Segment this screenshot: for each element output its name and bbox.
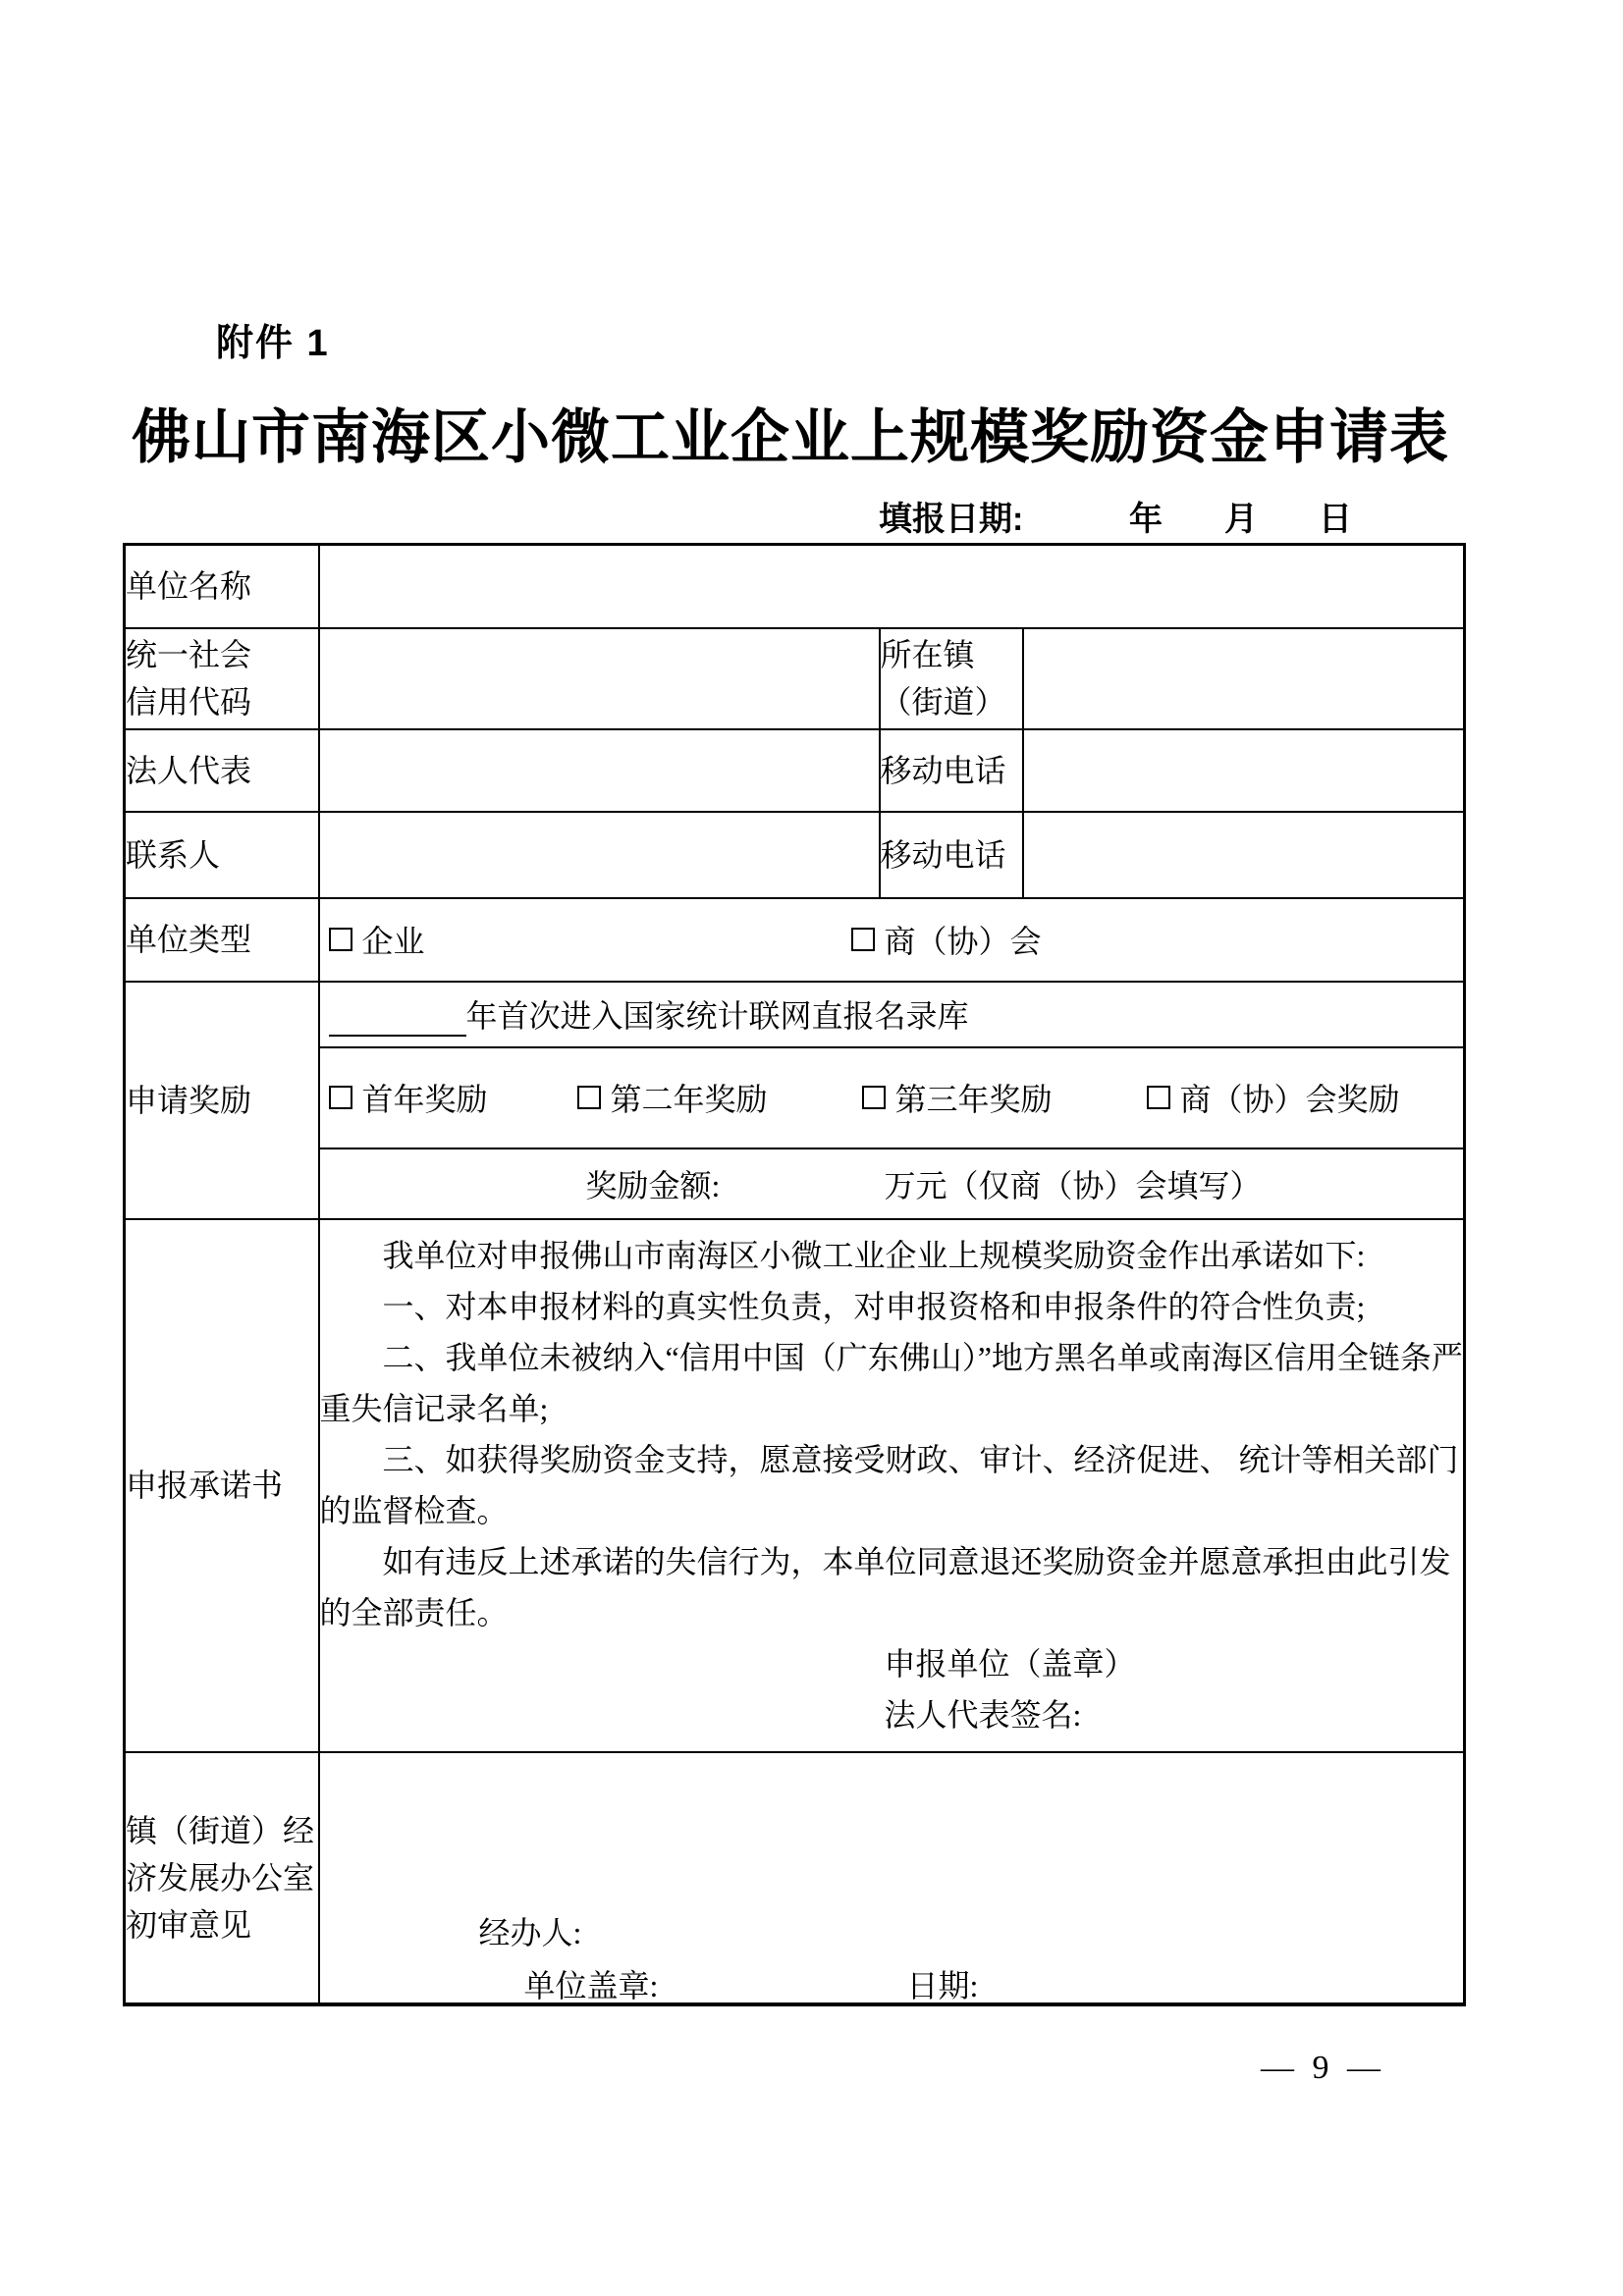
contact-mobile-value-cell[interactable] [1023, 812, 1465, 898]
entry-line-text: 年首次进入国家统计联网直报名录库 [466, 998, 969, 1034]
row-credit-code: 统一社会 信用代码 所在镇 （街道） [125, 628, 1465, 729]
row-contact: 联系人 移动电话 [125, 812, 1465, 898]
review-date-label: 日期: [907, 1961, 979, 2006]
reward-label: 申请奖励 [125, 982, 319, 1219]
enterprise-option-label: 企业 [362, 917, 425, 962]
commitment-text-cell: 我单位对申报佛山市南海区小微工业企业上规模奖励资金作出承诺如下: 一、对本申报材… [319, 1219, 1465, 1752]
sign-unit-seal-label: 申报单位（盖章） [885, 1638, 1464, 1689]
legal-rep-mobile-value-cell[interactable] [1023, 729, 1465, 812]
commitment-closing: 如有违反上述承诺的失信行为，本单位同意退还奖励资金并愿意承担由此引发的全部责任。 [320, 1536, 1464, 1638]
first-year-checkbox[interactable] [329, 1086, 352, 1109]
unit-name-label: 单位名称 [125, 545, 319, 628]
sign-legal-rep-label: 法人代表签名: [885, 1689, 1464, 1740]
row-reward-entry: 申请奖励 年首次进入国家统计联网直报名录库 [125, 982, 1465, 1047]
reward-amount-suffix: 万元（仅商（协）会填写） [885, 1161, 1262, 1206]
reward-option-first-year[interactable]: 首年奖励 [329, 1075, 488, 1120]
row-reward-options: 首年奖励 第二年奖励 第三年奖励 商（协）会奖励 [125, 1047, 1465, 1148]
fill-date-month-unit: 月 [1224, 492, 1258, 540]
legal-rep-label: 法人代表 [125, 729, 319, 812]
reward-entry-line: 年首次进入国家统计联网直报名录库 [329, 991, 969, 1037]
attachment-label: 附件 1 [216, 312, 330, 366]
document-page: 附件 1 佛山市南海区小微工业企业上规模奖励资金申请表 填报日期: 年 月 日 … [0, 0, 1623, 2296]
unit-type-label: 单位类型 [125, 898, 319, 982]
reward-entry-cell: 年首次进入国家统计联网直报名录库 [319, 982, 1465, 1047]
review-opinion-label: 镇（街道）经 济发展办公室 初审意见 [125, 1752, 319, 2004]
row-reward-amount: 奖励金额: 万元（仅商（协）会填写） [125, 1148, 1465, 1219]
unit-type-options-cell: 企业 商（协）会 [319, 898, 1465, 982]
association-checkbox[interactable] [851, 928, 875, 951]
unit-type-option-enterprise[interactable]: 企业 [329, 917, 425, 962]
credit-code-value-cell[interactable] [319, 628, 880, 729]
town-label: 所在镇 （街道） [880, 628, 1023, 729]
credit-code-label: 统一社会 信用代码 [125, 628, 319, 729]
fill-date-label: 填报日期: [879, 492, 1023, 540]
contact-value-cell[interactable] [319, 812, 880, 898]
row-review-opinion: 镇（街道）经 济发展办公室 初审意见 经办人: 单位盖章: 日期: [125, 1752, 1465, 2004]
association-reward-checkbox[interactable] [1147, 1086, 1170, 1109]
reward-option-third-year[interactable]: 第三年奖励 [862, 1075, 1053, 1120]
fill-date-day-unit: 日 [1319, 492, 1352, 540]
commitment-intro: 我单位对申报佛山市南海区小微工业企业上规模奖励资金作出承诺如下: [320, 1230, 1464, 1281]
commitment-item-1: 一、对本申报材料的真实性负责，对申报资格和申报条件的符合性负责; [320, 1281, 1464, 1332]
contact-mobile-label: 移动电话 [880, 812, 1023, 898]
entry-year-blank-field[interactable] [329, 1001, 466, 1037]
row-commitment: 申报承诺书 我单位对申报佛山市南海区小微工业企业上规模奖励资金作出承诺如下: 一… [125, 1219, 1465, 1752]
reward-option-association[interactable]: 商（协）会奖励 [1147, 1075, 1400, 1120]
reward-amount-cell: 奖励金额: 万元（仅商（协）会填写） [319, 1148, 1465, 1219]
association-option-label: 商（协）会 [885, 917, 1042, 962]
third-year-option-label: 第三年奖励 [895, 1075, 1053, 1120]
fill-date-year-unit: 年 [1129, 492, 1163, 540]
page-number: — 9 — [1261, 2050, 1385, 2087]
row-legal-rep: 法人代表 移动电话 [125, 729, 1465, 812]
town-value-cell[interactable] [1023, 628, 1465, 729]
reward-amount-label: 奖励金额: [586, 1161, 721, 1206]
unit-type-option-association[interactable]: 商（协）会 [851, 917, 1042, 962]
contact-label: 联系人 [125, 812, 319, 898]
reward-options-cell: 首年奖励 第二年奖励 第三年奖励 商（协）会奖励 [319, 1047, 1465, 1148]
association-reward-option-label: 商（协）会奖励 [1180, 1075, 1400, 1120]
application-form-table: 单位名称 统一社会 信用代码 所在镇 （街道） 法人代表 移动电话 联系人 移动… [123, 543, 1466, 2006]
second-year-option-label: 第二年奖励 [611, 1075, 768, 1120]
legal-rep-mobile-label: 移动电话 [880, 729, 1023, 812]
review-unit-seal-label: 单位盖章: [524, 1961, 659, 2006]
first-year-option-label: 首年奖励 [362, 1075, 488, 1120]
row-unit-type: 单位类型 企业 商（协）会 [125, 898, 1465, 982]
enterprise-checkbox[interactable] [329, 928, 352, 951]
reward-option-second-year[interactable]: 第二年奖励 [577, 1075, 768, 1120]
review-handler-label: 经办人: [479, 1908, 582, 1953]
page-title: 佛山市南海区小微工业企业上规模奖励资金申请表 [118, 391, 1463, 475]
second-year-checkbox[interactable] [577, 1086, 601, 1109]
review-opinion-cell[interactable]: 经办人: 单位盖章: 日期: [319, 1752, 1465, 2004]
commitment-label: 申报承诺书 [125, 1219, 319, 1752]
row-unit-name: 单位名称 [125, 545, 1465, 628]
third-year-checkbox[interactable] [862, 1086, 886, 1109]
legal-rep-value-cell[interactable] [319, 729, 880, 812]
unit-name-value-cell[interactable] [319, 545, 1465, 628]
commitment-item-3: 三、如获得奖励资金支持，愿意接受财政、审计、经济促进、 统计等相关部门的监督检查… [320, 1434, 1464, 1536]
commitment-item-2: 二、我单位未被纳入“信用中国（广东佛山）”地方黑名单或南海区信用全链条严重失信记… [320, 1332, 1464, 1434]
